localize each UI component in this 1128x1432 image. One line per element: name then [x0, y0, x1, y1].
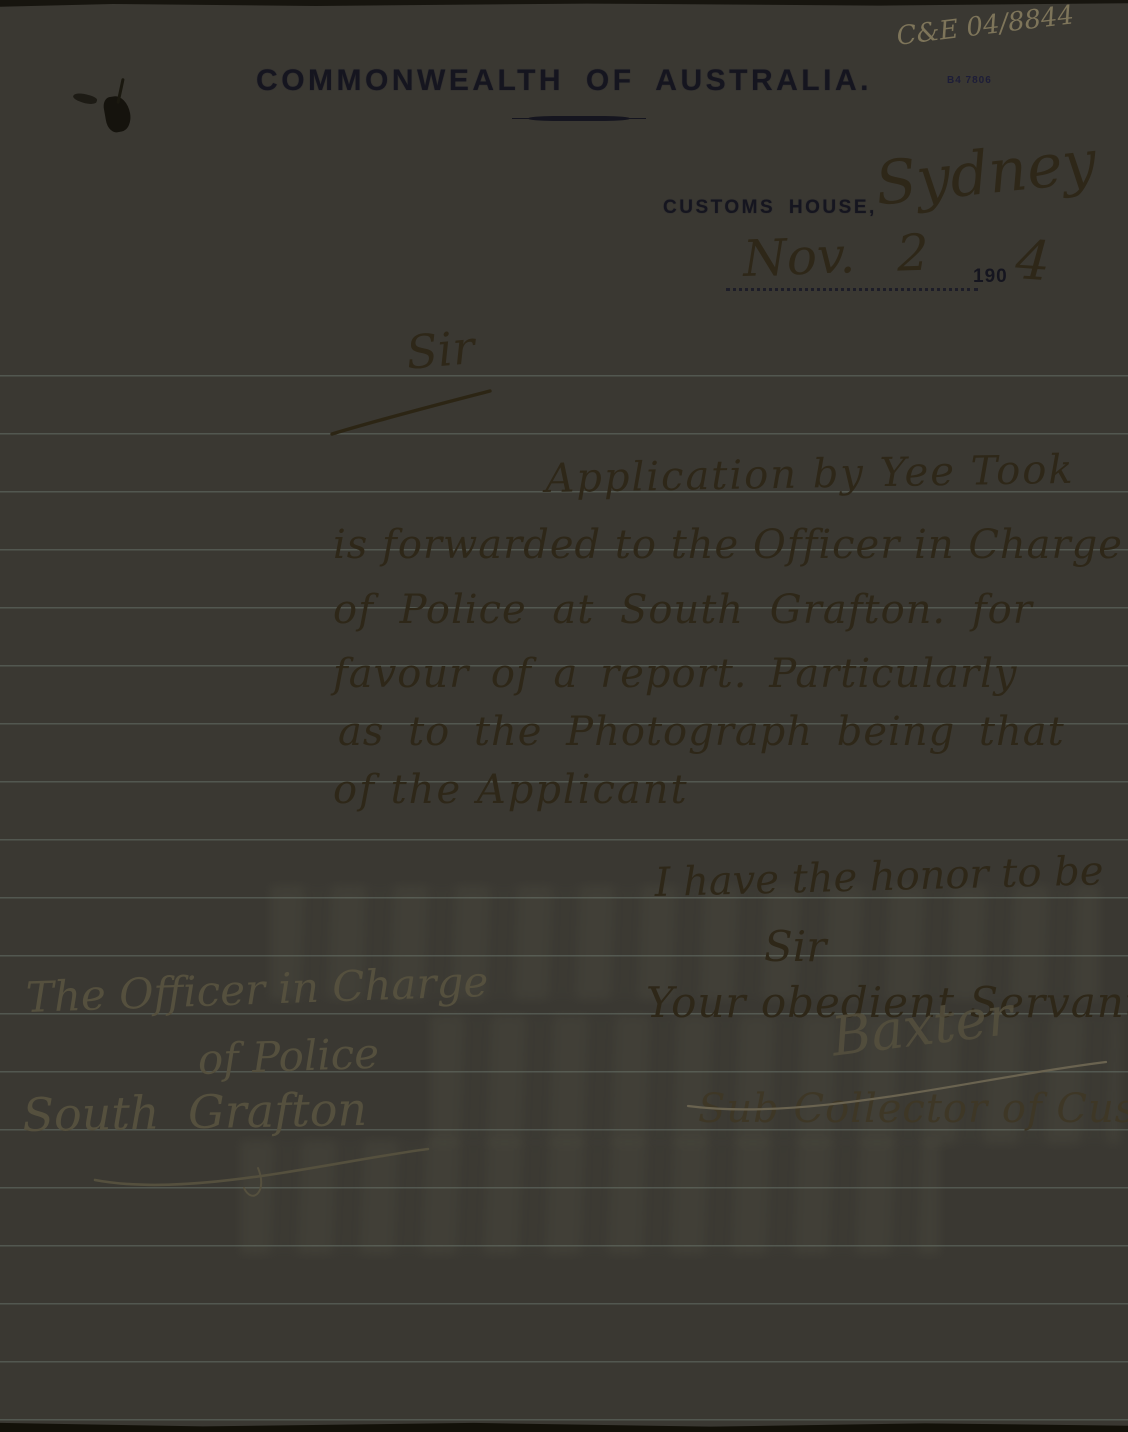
closing-line: Sir	[764, 922, 826, 971]
letterhead-title: COMMONWEALTH OF AUSTRALIA.	[0, 64, 1128, 98]
handwritten-date: Nov. 2	[742, 224, 930, 288]
letterhead-rule	[528, 116, 630, 121]
archive-reference: C&E 04/8844	[895, 0, 1076, 52]
scanned-letter-page: C&E 04/8844 B4 7806 COMMONWEALTH OF AUST…	[0, 0, 1128, 1432]
letterhead-office: CUSTOMS HOUSE,	[663, 197, 877, 219]
body-line: of Police at South Grafton. for	[333, 587, 1033, 633]
printed-year-prefix: 190	[973, 266, 1008, 288]
body-line: favour of a report. Particularly	[333, 651, 1017, 697]
closing-line: I have the honor to be	[654, 848, 1104, 906]
scan-bottom-edge	[0, 1418, 1128, 1432]
addressee-line: of Police	[197, 1029, 380, 1084]
addressee-line: The Officer in Charge	[25, 957, 489, 1022]
signature-title: Sub Collector of Customs	[698, 1086, 1128, 1132]
salutation: Sir	[404, 320, 477, 380]
scan-top-edge	[0, 0, 1128, 8]
body-line: is forwarded to the Officer in Charge	[333, 522, 1123, 568]
body-line: Application by Yee Took	[545, 447, 1075, 502]
body-line: of the Applicant	[333, 767, 689, 813]
handwritten-place: Sydney	[872, 127, 1100, 220]
handwritten-year-digit: 4	[1014, 228, 1053, 293]
bleed-through-artifact	[240, 1140, 940, 1255]
addressee-line: South Grafton	[22, 1082, 367, 1142]
body-line: as to the Photograph being that	[338, 709, 1065, 755]
